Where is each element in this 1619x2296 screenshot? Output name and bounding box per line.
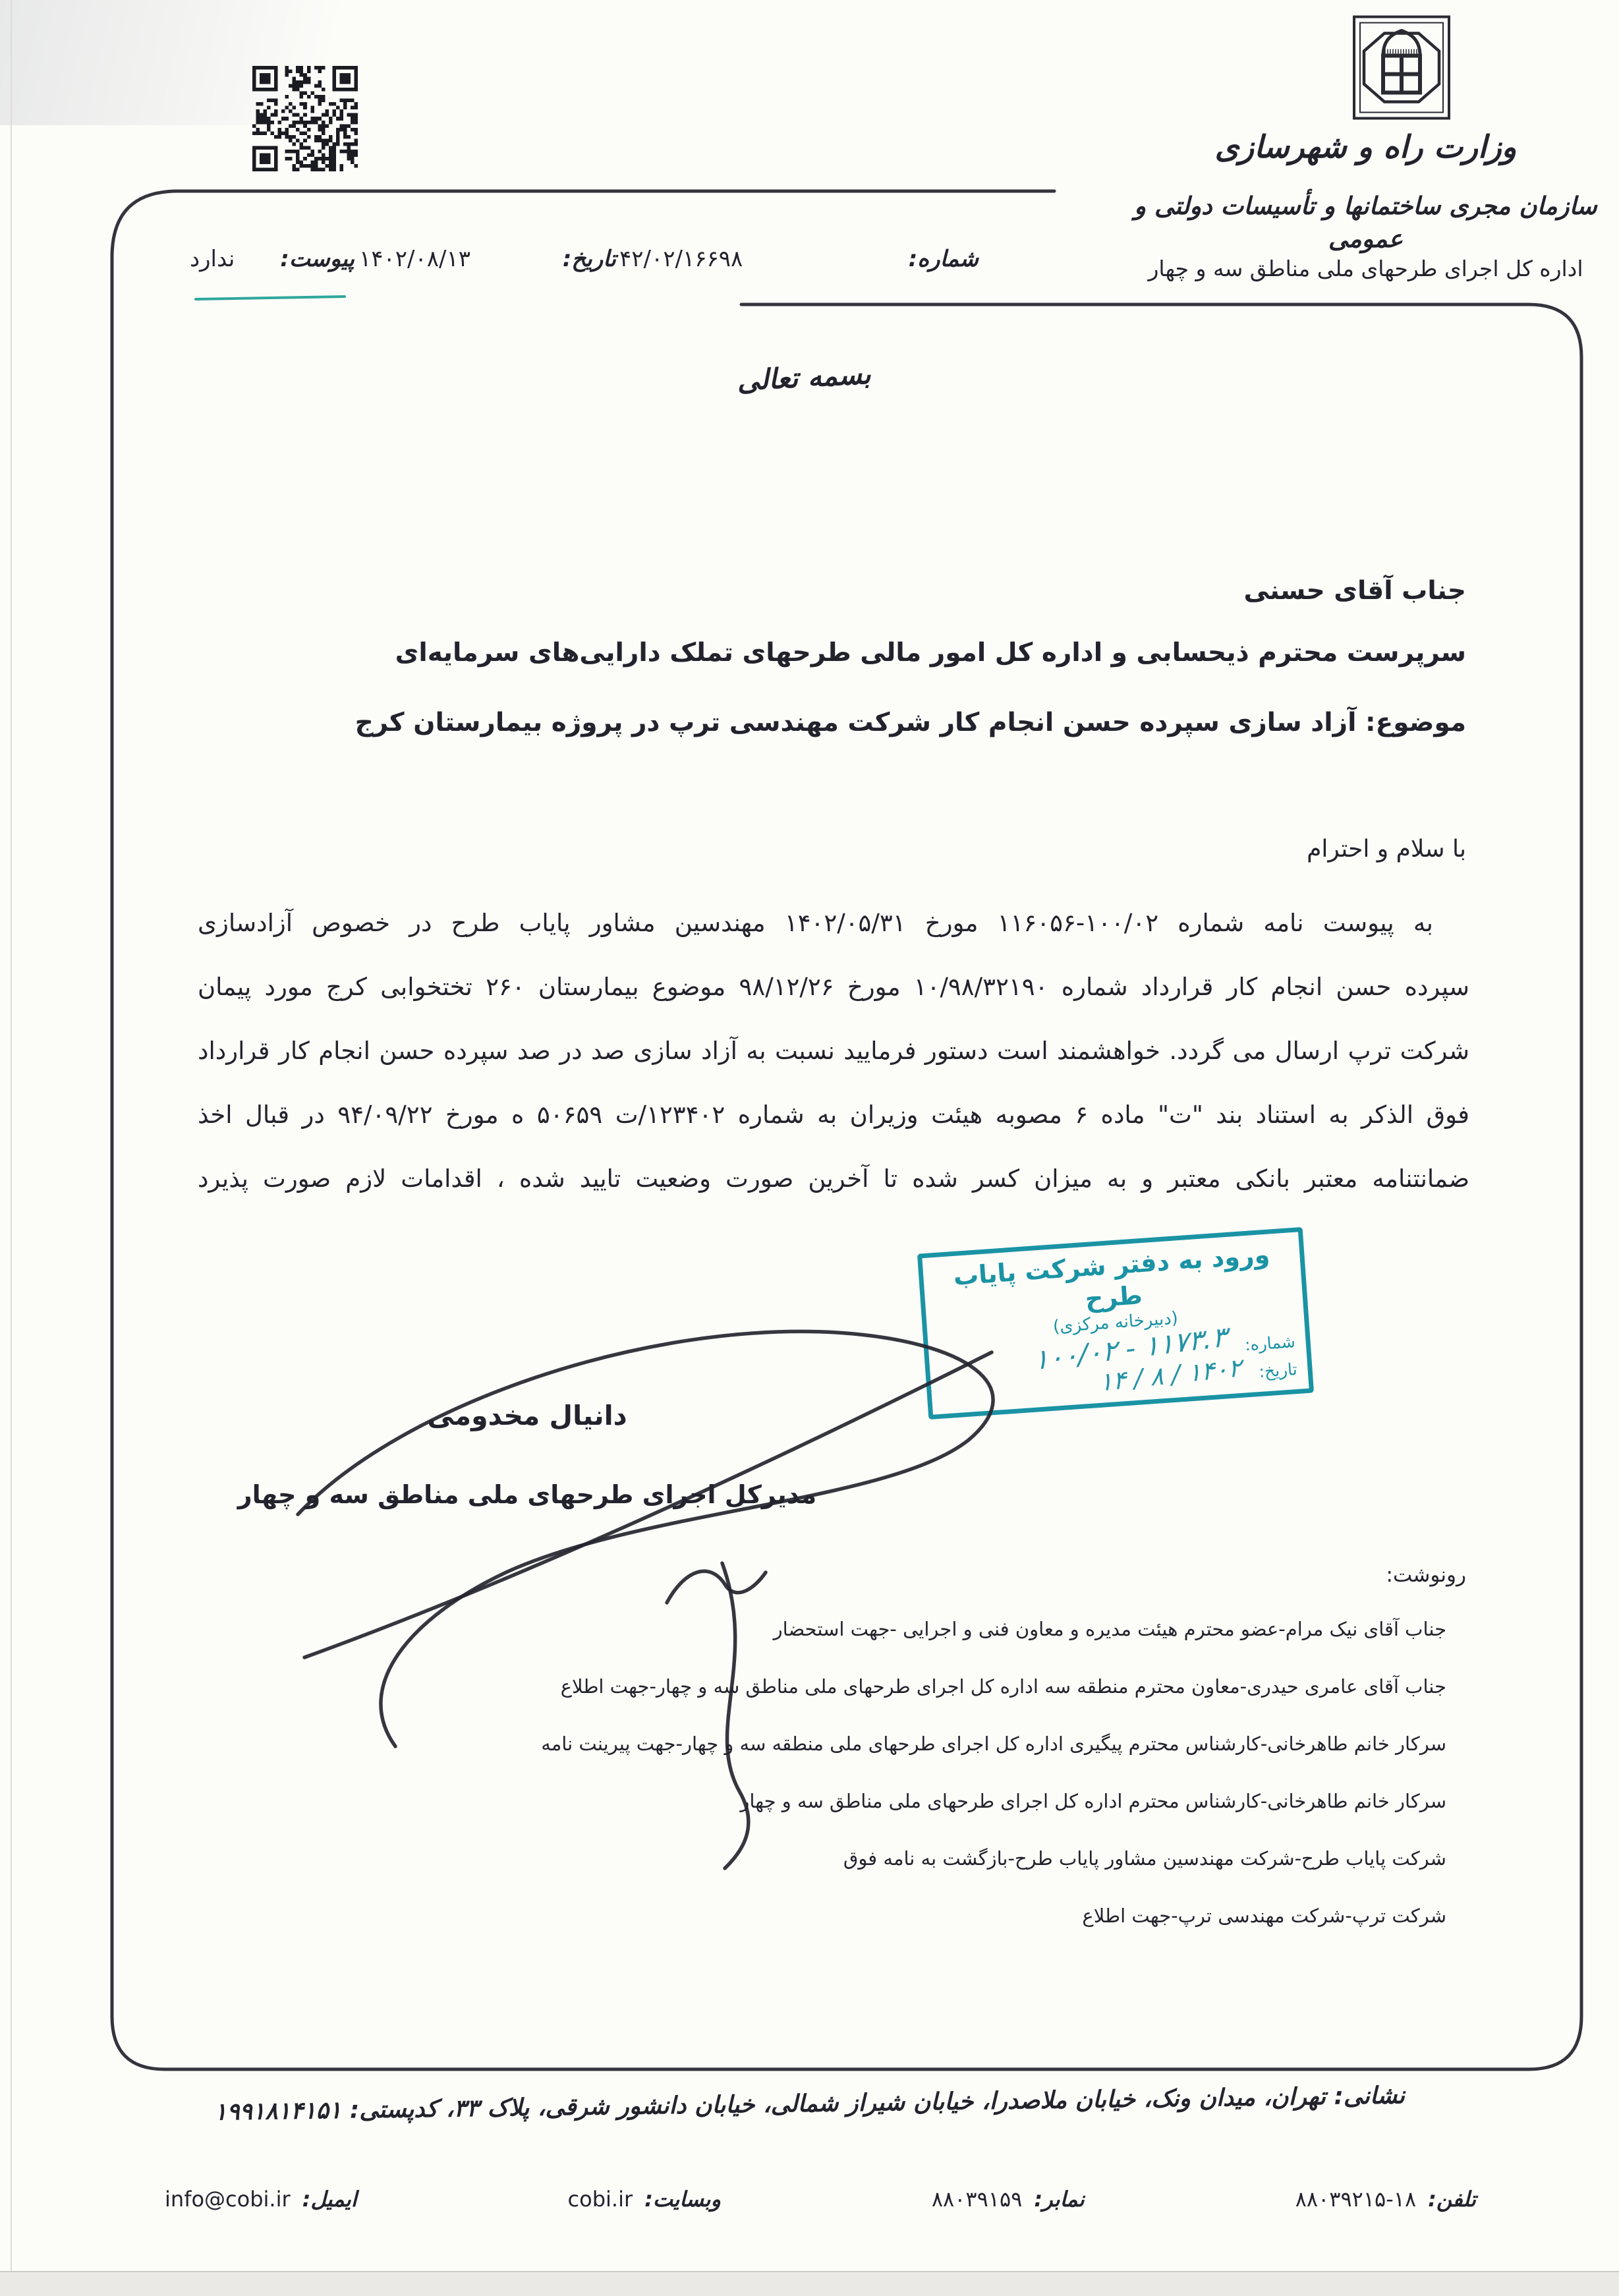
- letter-attachment-field: پیوست: ندارد: [190, 243, 355, 276]
- signer-name: دانیال مخدومی: [264, 1400, 791, 1431]
- body-line: سپرده حسن انجام کار قرارداد شماره ۱۰/۹۸/…: [198, 955, 1469, 1019]
- stamp-number-label: شماره:: [1244, 1332, 1295, 1354]
- cc-item: سرکار خانم طاهرخانی-کارشناس محترم پیگیری…: [541, 1731, 1446, 1758]
- footer-phone: تلفن: ۸۸۰۳۹۲۱۵-۱۸: [1295, 2187, 1476, 2212]
- letter-number-label: شماره:: [909, 243, 979, 276]
- salutation: با سلام و احترام: [1307, 836, 1466, 863]
- footer-fax-label: نمابر:: [1034, 2187, 1085, 2212]
- footer-email-label: ایمیل:: [302, 2187, 357, 2212]
- subject-line: موضوع: آزاد سازی سپرده حسن انجام کار شرک…: [355, 704, 1466, 743]
- cc-item: شرکت ترپ-شرکت مهندسی ترپ-جهت اطلاع: [1082, 1903, 1446, 1930]
- body-line: ضمانتنامه معتبر بانکی معتبر و به میزان ک…: [198, 1147, 1469, 1211]
- body-paragraph: به پیوست نامه شماره ۱۰۰/۰۲-۱۱۶۰۵۶ مورخ ۱…: [198, 891, 1469, 1211]
- cc-item: شرکت پایاب طرح-شرکت مهندسین مشاور پایاب …: [843, 1845, 1446, 1872]
- letter-attachment-label: پیوست:: [280, 243, 355, 276]
- footer-website-value: cobi.ir: [568, 2187, 633, 2212]
- footer-email: ایمیل: info@cobi.ir: [165, 2187, 357, 2212]
- paper-edge: [11, 0, 12, 2271]
- letter-attachment-value: ندارد: [190, 243, 235, 276]
- letter-date-value: ۱۴۰۲/۰۸/۱۳: [359, 243, 470, 276]
- letterhead-ministry: وزارت راه و شهرسازی: [1120, 127, 1611, 168]
- cc-item: سرکار خانم طاهرخانی-کارشناس محترم اداره …: [740, 1788, 1446, 1815]
- qr-code: [250, 66, 360, 171]
- footer-email-value: info@cobi.ir: [165, 2187, 291, 2212]
- footer-website: وبسایت: cobi.ir: [568, 2187, 721, 2212]
- footer-contacts: تلفن: ۸۸۰۳۹۲۱۵-۱۸ نمابر: ۸۸۰۳۹۱۵۹ وبسایت…: [165, 2187, 1476, 2212]
- attachment-highlight-underline: [194, 295, 346, 301]
- cc-item: جناب آقای نیک مرام-عضو محترم هیئت مدیره …: [774, 1616, 1446, 1643]
- footer-fax: نمابر: ۸۸۰۳۹۱۵۹: [932, 2187, 1085, 2212]
- letterhead-organization: سازمان مجری ساختمانها و تأسیسات دولتی و …: [1120, 190, 1611, 256]
- footer-fax-value: ۸۸۰۳۹۱۵۹: [932, 2187, 1023, 2212]
- organization-logo-icon: [1352, 13, 1451, 122]
- stamp-date-label: تاریخ:: [1258, 1360, 1297, 1381]
- recipient-name: جناب آقای حسنی: [1244, 572, 1466, 611]
- letter-date-label: تاریخ:: [563, 243, 616, 276]
- footer-address: نشانی: تهران، میدان ونک، خیابان ملاصدرا،…: [79, 2081, 1540, 2128]
- recipient-title: سرپرست محترم ذیحسابی و اداره کل امور مال…: [395, 634, 1466, 673]
- footer-phone-value: ۸۸۰۳۹۲۱۵-۱۸: [1295, 2187, 1416, 2212]
- letter-date-field: تاریخ: ۱۴۰۲/۰۸/۱۳: [359, 243, 616, 276]
- signer-title: مدیرکل اجرای طرحهای ملی مناطق سه و چهار: [217, 1480, 837, 1509]
- received-stamp: ورود به دفتر شرکت پایاب طرح (دبیرخانه مر…: [917, 1227, 1314, 1420]
- body-line: شرکت ترپ ارسال می گردد. خواهشمند است دست…: [198, 1019, 1469, 1083]
- scanner-bottom-edge: [0, 2271, 1619, 2296]
- cc-item: جناب آقای عامری حیدری-معاون محترم منطقه …: [561, 1673, 1446, 1700]
- letter-page: وزارت راه و شهرسازی سازمان مجری ساختمانه…: [0, 0, 1619, 2296]
- letter-number-value: ۴۲/۰۲/۱۶۶۹۸: [619, 243, 743, 276]
- letterhead-department: اداره کل اجرای طرحهای ملی مناطق سه و چها…: [1120, 254, 1611, 284]
- body-line: فوق الذکر به استناد بند "ت" ماده ۶ مصوبه…: [198, 1083, 1469, 1147]
- letter-number-field: شماره: ۴۲/۰۲/۱۶۶۹۸: [619, 243, 979, 276]
- footer-website-label: وبسایت:: [644, 2187, 721, 2212]
- footer-phone-label: تلفن:: [1428, 2187, 1476, 2212]
- body-line: به پیوست نامه شماره ۱۰۰/۰۲-۱۱۶۰۵۶ مورخ ۱…: [198, 891, 1469, 955]
- besmele-calligraphy: بسمه تعالی: [671, 355, 936, 401]
- cc-heading: رونوشت:: [1386, 1563, 1466, 1587]
